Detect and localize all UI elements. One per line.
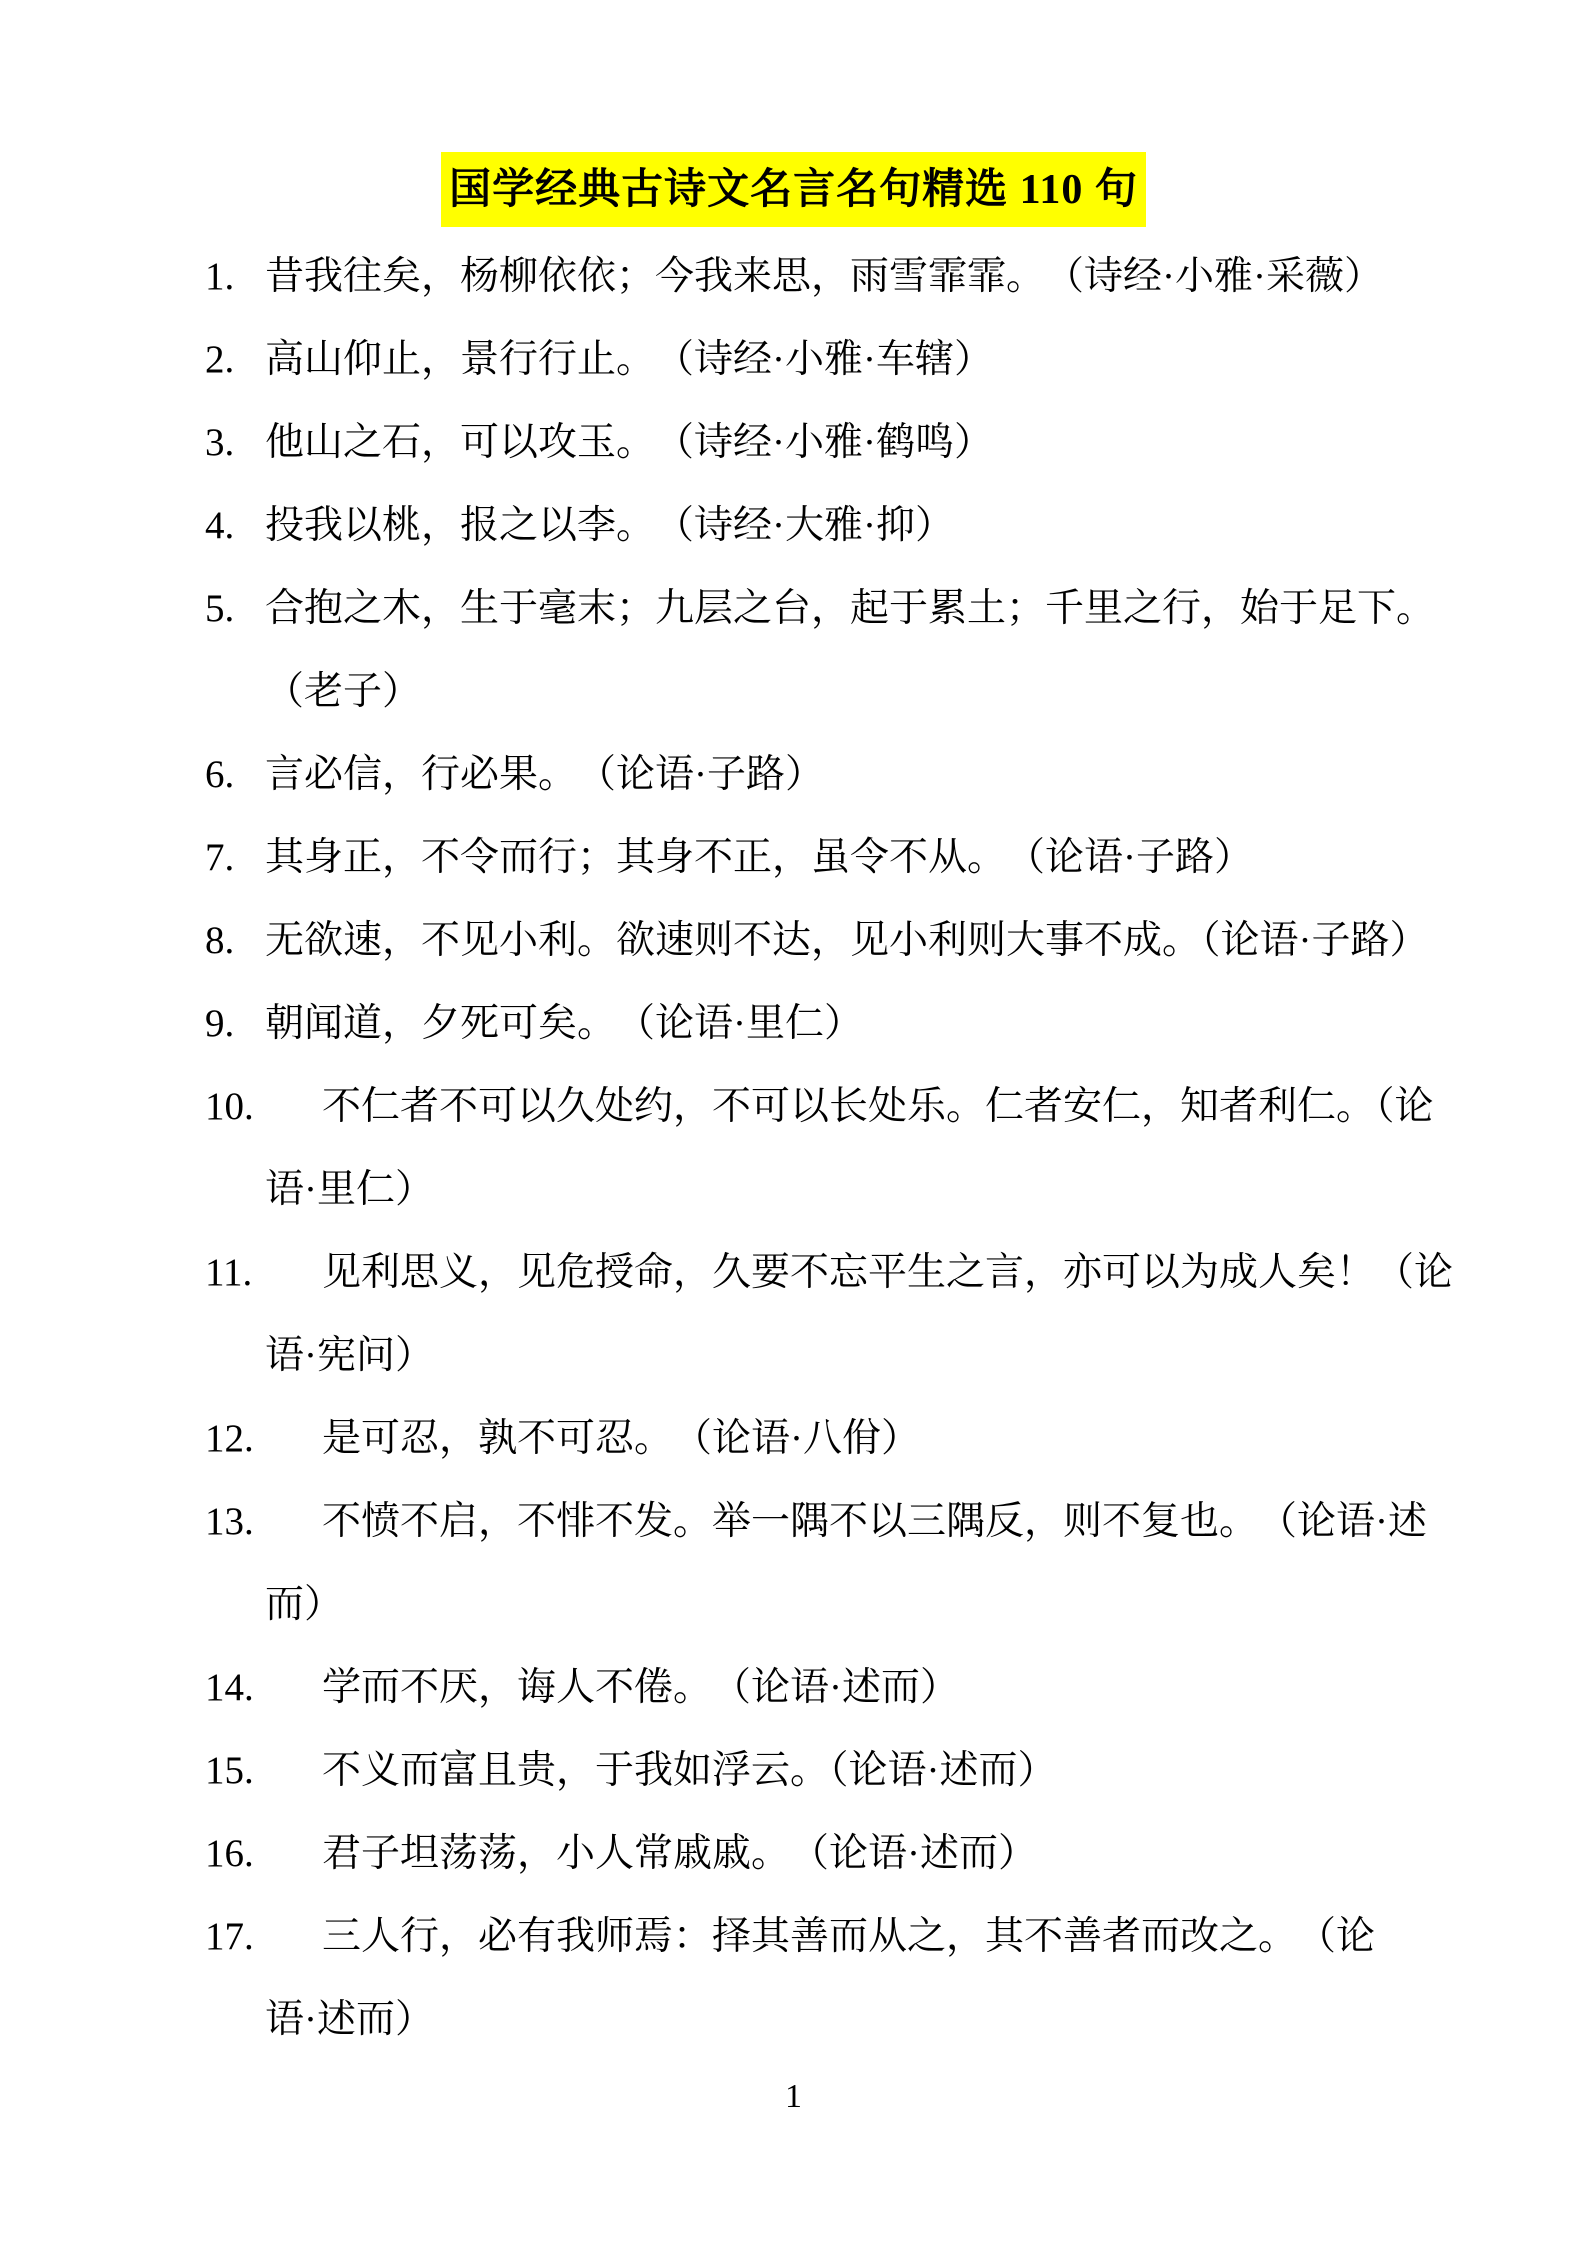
list-item: 2.高山仰止，景行行止。 （诗经·小雅·车辖） <box>0 318 1587 401</box>
item-number: 3. <box>205 401 234 484</box>
item-number: 9. <box>205 982 234 1065</box>
item-text: 见利思义，见危授命，久要不忘平生之言，亦可以为成人矣！（论 <box>322 1251 1453 1294</box>
item-text: 言必信，行必果。 （论语·子路） <box>265 753 824 796</box>
item-number: 2. <box>205 318 234 401</box>
item-line: 8.无欲速，不见小利。欲速则不达，见小利则大事不成。（论语·子路） <box>265 899 1587 982</box>
highlighted-title-text: 国学经典古诗文名言名句精选 110 句 <box>441 152 1146 227</box>
list-item: 17.三人行，必有我师焉：择其善而从之，其不善者而改之。 （论 语·述而） <box>0 1895 1587 2061</box>
item-line-continuation: 语·述而） <box>265 1978 1587 2061</box>
item-number: 16. <box>205 1812 254 1895</box>
item-line-continuation: 而） <box>265 1563 1587 1646</box>
item-text: 高山仰止，景行行止。 （诗经·小雅·车辖） <box>265 338 993 381</box>
item-line: 6.言必信，行必果。 （论语·子路） <box>265 733 1587 816</box>
list-item: 15.不义而富且贵，于我如浮云。（论语·述而） <box>0 1729 1587 1812</box>
item-line-continuation: （老子） <box>265 650 1587 733</box>
page-title: 国学经典古诗文名言名句精选 110 句 <box>0 152 1587 227</box>
page-number: 1 <box>0 2062 1587 2132</box>
item-text: 合抱之木，生于毫末；九层之台，起于累土；千里之行，始于足下。 <box>265 587 1435 630</box>
item-line: 7.其身正，不令而行；其身不正，虽令不从。 （论语·子路） <box>265 816 1587 899</box>
list-item: 16.君子坦荡荡，小人常戚戚。 （论语·述而） <box>0 1812 1587 1895</box>
item-number: 5. <box>205 567 234 650</box>
list-item: 9.朝闻道，夕死可矣。 （论语·里仁） <box>0 982 1587 1065</box>
item-number: 14. <box>205 1646 254 1729</box>
item-number: 6. <box>205 733 234 816</box>
item-number: 13. <box>205 1480 254 1563</box>
item-line-continuation: 语·宪问） <box>265 1314 1587 1397</box>
item-line: 9.朝闻道，夕死可矣。 （论语·里仁） <box>265 982 1587 1065</box>
item-line: 10.不仁者不可以久处约，不可以长处乐。仁者安仁，知者利仁。（论 <box>265 1065 1587 1148</box>
item-number: 7. <box>205 816 234 899</box>
item-line: 3.他山之石，可以攻玉。 （诗经·小雅·鹤鸣） <box>265 401 1587 484</box>
item-number: 8. <box>205 899 234 982</box>
item-text: 君子坦荡荡，小人常戚戚。 （论语·述而） <box>322 1832 1037 1875</box>
item-number: 12. <box>205 1397 254 1480</box>
item-text: 学而不厌，诲人不倦。 （论语·述而） <box>322 1666 959 1709</box>
item-line: 15.不义而富且贵，于我如浮云。（论语·述而） <box>265 1729 1587 1812</box>
item-number: 10. <box>205 1065 254 1148</box>
item-number: 11. <box>205 1231 252 1314</box>
list-item: 6.言必信，行必果。 （论语·子路） <box>0 733 1587 816</box>
list-item: 4.投我以桃，报之以李。 （诗经·大雅·抑） <box>0 484 1587 567</box>
list-item: 5.合抱之木，生于毫末；九层之台，起于累土；千里之行，始于足下。 （老子） <box>0 567 1587 733</box>
item-line: 4.投我以桃，报之以李。 （诗经·大雅·抑） <box>265 484 1587 567</box>
item-line: 1.昔我往矣，杨柳依依；今我来思，雨雪霏霏。 （诗经·小雅·采薇） <box>265 235 1587 318</box>
item-text: 三人行，必有我师焉：择其善而从之，其不善者而改之。 （论 <box>322 1915 1375 1958</box>
item-line: 5.合抱之木，生于毫末；九层之台，起于累土；千里之行，始于足下。 <box>265 567 1587 650</box>
item-text: 投我以桃，报之以李。 （诗经·大雅·抑） <box>265 504 954 547</box>
list-item: 3.他山之石，可以攻玉。 （诗经·小雅·鹤鸣） <box>0 401 1587 484</box>
item-text: 其身正，不令而行；其身不正，虽令不从。 （论语·子路） <box>265 836 1253 879</box>
list-item: 10.不仁者不可以久处约，不可以长处乐。仁者安仁，知者利仁。（论 语·里仁） <box>0 1065 1587 1231</box>
item-text: 不义而富且贵，于我如浮云。（论语·述而） <box>322 1749 1057 1792</box>
item-number: 15. <box>205 1729 254 1812</box>
item-line: 11.见利思义，见危授命，久要不忘平生之言，亦可以为成人矣！（论 <box>265 1231 1587 1314</box>
item-text: 朝闻道，夕死可矣。 （论语·里仁） <box>265 1002 863 1045</box>
item-number: 4. <box>205 484 234 567</box>
item-text: 昔我往矣，杨柳依依；今我来思，雨雪霏霏。 （诗经·小雅·采薇） <box>265 255 1383 298</box>
list-item: 14.学而不厌，诲人不倦。 （论语·述而） <box>0 1646 1587 1729</box>
list-item: 1.昔我往矣，杨柳依依；今我来思，雨雪霏霏。 （诗经·小雅·采薇） <box>0 235 1587 318</box>
item-line: 12.是可忍，孰不可忍。 （论语·八佾） <box>265 1397 1587 1480</box>
item-line: 14.学而不厌，诲人不倦。 （论语·述而） <box>265 1646 1587 1729</box>
list-item: 13.不愤不启，不悱不发。举一隅不以三隅反，则不复也。 （论语·述 而） <box>0 1480 1587 1646</box>
item-line: 16.君子坦荡荡，小人常戚戚。 （论语·述而） <box>265 1812 1587 1895</box>
item-text: 不愤不启，不悱不发。举一隅不以三隅反，则不复也。 （论语·述 <box>322 1500 1427 1543</box>
item-line-continuation: 语·里仁） <box>265 1148 1587 1231</box>
list-item: 7.其身正，不令而行；其身不正，虽令不从。 （论语·子路） <box>0 816 1587 899</box>
quote-list: 1.昔我往矣，杨柳依依；今我来思，雨雪霏霏。 （诗经·小雅·采薇） 2.高山仰止… <box>0 235 1587 2061</box>
item-line: 2.高山仰止，景行行止。 （诗经·小雅·车辖） <box>265 318 1587 401</box>
list-item: 8.无欲速，不见小利。欲速则不达，见小利则大事不成。（论语·子路） <box>0 899 1587 982</box>
item-line: 13.不愤不启，不悱不发。举一隅不以三隅反，则不复也。 （论语·述 <box>265 1480 1587 1563</box>
item-number: 17. <box>205 1895 254 1978</box>
item-line: 17.三人行，必有我师焉：择其善而从之，其不善者而改之。 （论 <box>265 1895 1587 1978</box>
list-item: 12.是可忍，孰不可忍。 （论语·八佾） <box>0 1397 1587 1480</box>
list-item: 11.见利思义，见危授命，久要不忘平生之言，亦可以为成人矣！（论 语·宪问） <box>0 1231 1587 1397</box>
item-text: 是可忍，孰不可忍。 （论语·八佾） <box>322 1417 920 1460</box>
item-number: 1. <box>205 235 234 318</box>
item-text: 他山之石，可以攻玉。 （诗经·小雅·鹤鸣） <box>265 421 993 464</box>
item-text: 无欲速，不见小利。欲速则不达，见小利则大事不成。（论语·子路） <box>265 919 1429 962</box>
item-text: 不仁者不可以久处约，不可以长处乐。仁者安仁，知者利仁。（论 <box>322 1085 1434 1128</box>
